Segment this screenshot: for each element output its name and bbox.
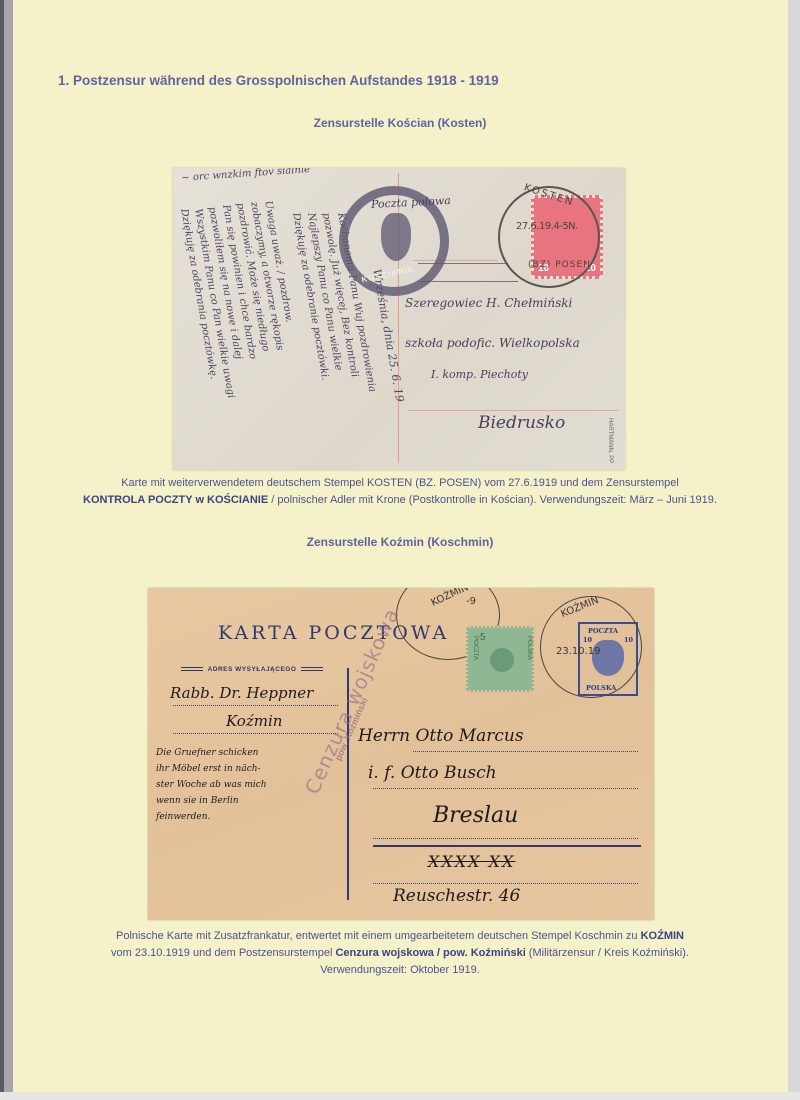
address-line-1: Szeregowiec H. Chełmiński [405,296,572,310]
caption-line: Polnische Karte mit Zusatzfrankatur, ent… [0,928,800,945]
address-line-3: I. komp. Piechoty [431,368,528,381]
address-rule [413,751,638,752]
message-line: ster Woche ab was mich [156,780,267,790]
postcard-kozmin: KARTA POCZTOWA KOŹMIN -9 POCZTA POLSKA 5… [148,588,654,920]
caption-line: KONTROLA POCZTY w KOŚCIANIE / polnischer… [0,492,800,509]
scan-edge-bottom [0,1092,800,1100]
caption-koscian: Karte mit weiterverwendetem deutschem St… [0,475,800,509]
caption-line: Verwendungszeit: Oktober 1919. [0,962,800,979]
caption-line: Karte mit weiterverwendetem deutschem St… [0,475,800,492]
postmark-date: -9 [466,596,476,607]
address-rule [373,883,638,884]
stamp-5-fenigow-green: POCZTA POLSKA 5 [466,626,534,692]
address-rule [373,788,638,789]
caption-bold: KOŹMIN [641,930,684,942]
sender-rule [173,705,338,706]
recipient-care-of: i. f. Otto Busch [368,763,497,783]
caption-bold: Cenzura wojskowa / pow. Koźmiński [335,947,525,959]
recipient-street: Reuschestr. 46 [393,886,520,906]
caption-kozmin: Polnische Karte mit Zusatzfrankatur, ent… [0,928,800,979]
address-line-4: Biedrusko [478,413,565,433]
recipient-city: Breslau [433,803,518,828]
caption-text: (Militärzensur / Kreis Koźmiński). [526,947,689,959]
publisher-mark: HARTMANN, PP [607,418,613,463]
caption-text: vom 23.10.1919 und dem Postzensurstempel [111,947,335,959]
section-title-koscian: Zensurstelle Kościan (Kosten) [0,116,800,130]
sender-rule [173,733,338,734]
page-heading: 1. Postzensur während des Grosspolnische… [58,73,499,88]
caption-line: vom 23.10.1919 und dem Postzensurstempel… [0,945,800,962]
recipient-street-struck: XXXX XX [428,852,515,871]
postcard-koscian: ~ orc wnzkim ftov sialnie Dziękuję za od… [173,168,625,470]
stamp-label: POCZTA [472,636,478,660]
eagle-crown-icon [381,213,411,261]
message-line: Die Gruefner schicken [156,748,258,758]
stamp-value: 5 [480,632,486,643]
recipient-name: Herrn Otto Marcus [358,726,524,746]
caption-text: / polnischer Adler mit Krone (Postkontro… [268,494,717,506]
message-line: ihr Möbel erst in näch- [156,764,261,774]
sender-town: Koźmin [226,712,282,730]
message-line: feinwerden. [156,812,210,822]
address-rule-solid [373,845,641,847]
postmark-date: 23.10.19 [556,646,601,657]
caption-bold: KONTROLA POCZTY w KOŚCIANIE [83,494,268,506]
postmark-region: (BZ) POSEN [528,260,591,270]
address-rule [373,838,638,839]
message-line: wenn sie in Berlin [156,796,239,806]
eagle-icon [490,648,514,672]
sender-label: ADRES WYSYŁAJĄCEGO [168,666,336,673]
address-line-2: szkoła podofic. Wielkopolska [405,336,580,350]
postmark-date: 27.6.19.4-5N. [516,221,578,232]
section-title-kozmin: Zensurstelle Koźmin (Koschmin) [0,535,800,549]
message-line: ~ orc wnzkim ftov sialnie [181,168,310,184]
caption-text: Polnische Karte mit Zusatzfrankatur, ent… [116,930,641,942]
address-rule [418,281,518,282]
sender-name: Rabb. Dr. Heppner [170,684,313,702]
address-rule [408,410,618,411]
